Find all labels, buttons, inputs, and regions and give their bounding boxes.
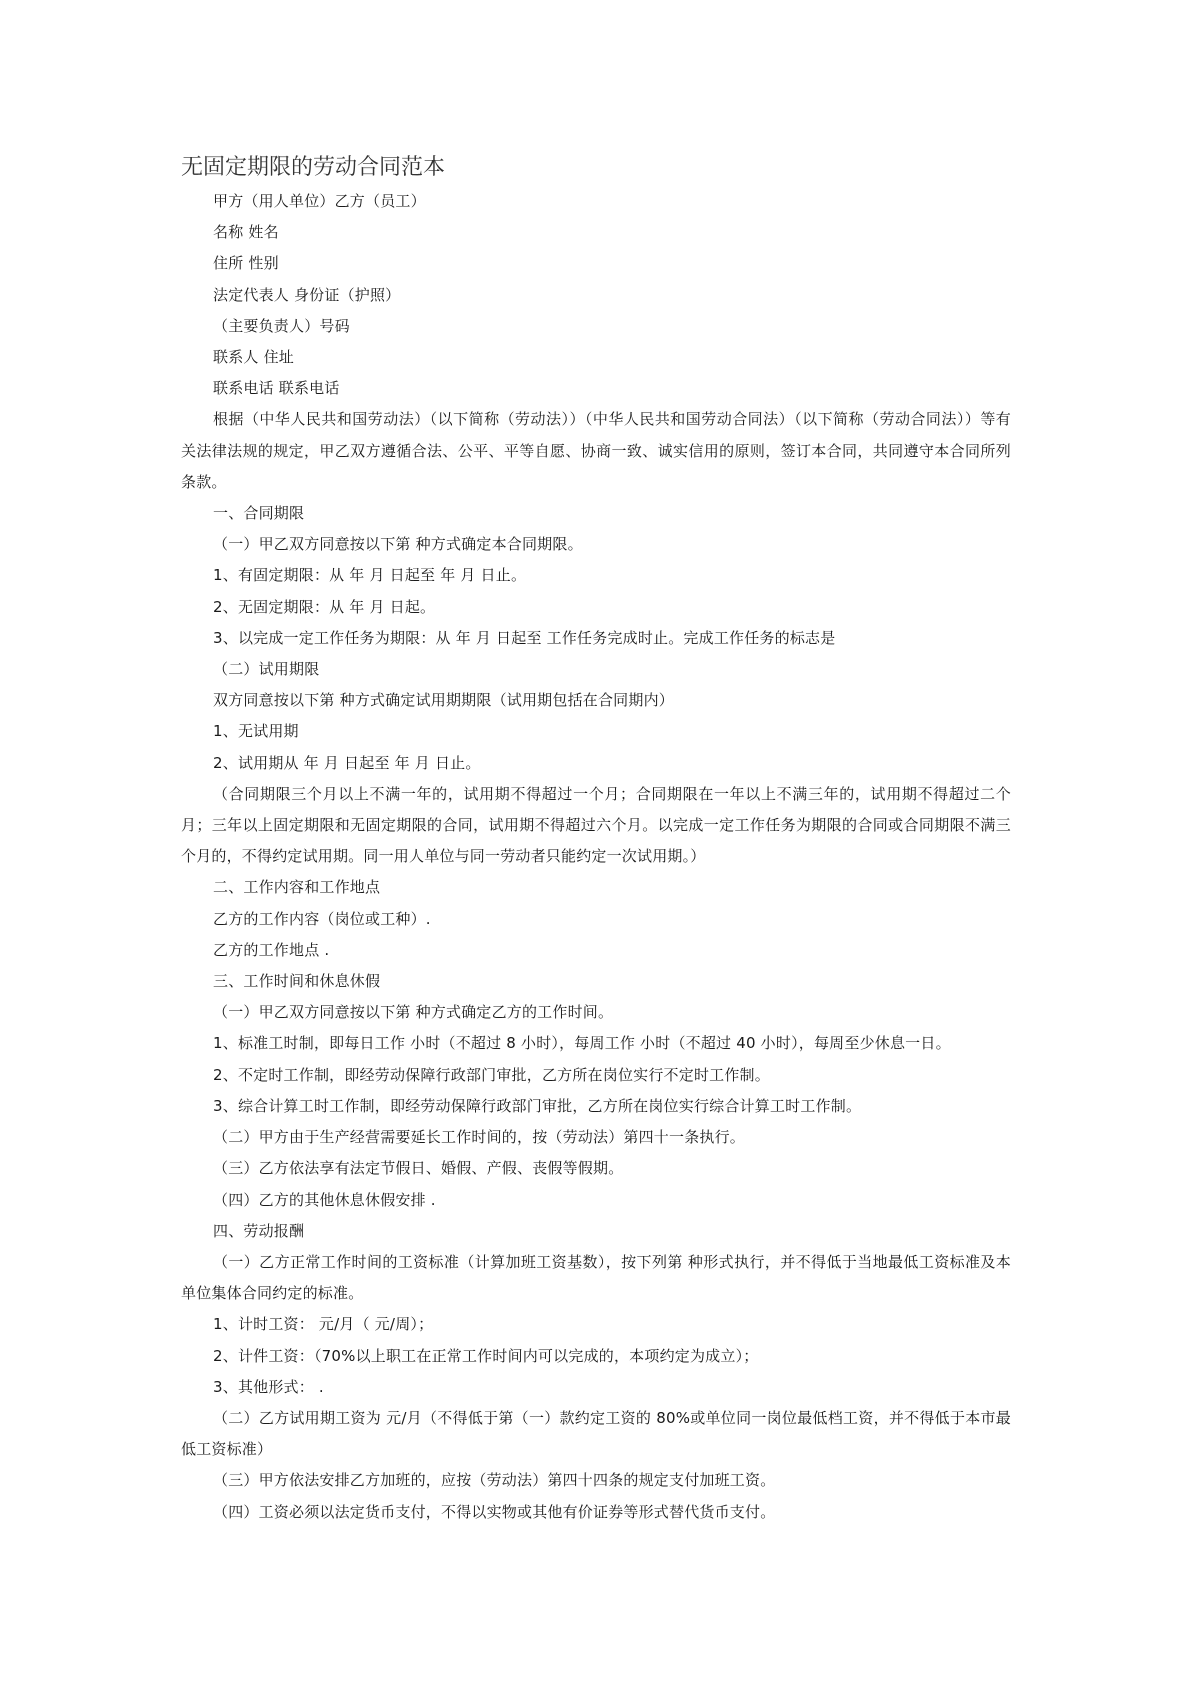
paragraph: （二）试用期限 (181, 654, 1011, 685)
paragraph: 1、有固定期限：从 年 月 日起至 年 月 日止。 (181, 560, 1011, 591)
paragraph: 2、不定时工作制，即经劳动保障行政部门审批，乙方所在岗位实行不定时工作制。 (181, 1060, 1011, 1091)
paragraph: （一）甲乙双方同意按以下第 种方式确定本合同期限。 (181, 529, 1011, 560)
paragraph: （主要负责人）号码 (181, 311, 1011, 342)
document-title: 无固定期限的劳动合同范本 (181, 150, 1011, 186)
paragraph: （四）乙方的其他休息休假安排 . (181, 1185, 1011, 1216)
paragraph: 根据（中华人民共和国劳动法）（以下简称（劳动法））（中华人民共和国劳动合同法）（… (181, 404, 1011, 498)
paragraph: （二）乙方试用期工资为 元/月（不得低于第（一）款约定工资的 80%或单位同一岗… (181, 1403, 1011, 1465)
paragraph: 双方同意按以下第 种方式确定试用期期限（试用期包括在合同期内） (181, 685, 1011, 716)
paragraph: 2、无固定期限：从 年 月 日起。 (181, 592, 1011, 623)
document-page: 无固定期限的劳动合同范本 甲方（用人单位）乙方（员工）名称 姓名住所 性别法定代… (181, 150, 1011, 1528)
paragraph: 3、以完成一定工作任务为期限：从 年 月 日起至 工作任务完成时止。完成工作任务… (181, 623, 1011, 654)
document-body: 甲方（用人单位）乙方（员工）名称 姓名住所 性别法定代表人 身份证（护照）（主要… (181, 186, 1011, 1528)
paragraph: 1、计时工资： 元/月（ 元/周）； (181, 1309, 1011, 1340)
paragraph: 法定代表人 身份证（护照） (181, 280, 1011, 311)
paragraph: 2、计件工资：（70%以上职工在正常工作时间内可以完成的，本项约定为成立）； (181, 1341, 1011, 1372)
paragraph: （四）工资必须以法定货币支付，不得以实物或其他有价证券等形式替代货币支付。 (181, 1497, 1011, 1528)
paragraph: （二）甲方由于生产经营需要延长工作时间的，按（劳动法）第四十一条执行。 (181, 1122, 1011, 1153)
paragraph: （三）甲方依法安排乙方加班的，应按（劳动法）第四十四条的规定支付加班工资。 (181, 1465, 1011, 1496)
paragraph: 乙方的工作地点 . (181, 935, 1011, 966)
paragraph: 一、合同期限 (181, 498, 1011, 529)
paragraph: 三、工作时间和休息休假 (181, 966, 1011, 997)
paragraph: 联系人 住址 (181, 342, 1011, 373)
paragraph: 乙方的工作内容（岗位或工种）. (181, 904, 1011, 935)
paragraph: （一）甲乙双方同意按以下第 种方式确定乙方的工作时间。 (181, 997, 1011, 1028)
paragraph: （一）乙方正常工作时间的工资标准（计算加班工资基数），按下列第 种形式执行，并不… (181, 1247, 1011, 1309)
paragraph: 2、试用期从 年 月 日起至 年 月 日止。 (181, 748, 1011, 779)
paragraph: 名称 姓名 (181, 217, 1011, 248)
paragraph: 3、其他形式： . (181, 1372, 1011, 1403)
paragraph: 3、综合计算工时工作制，即经劳动保障行政部门审批，乙方所在岗位实行综合计算工时工… (181, 1091, 1011, 1122)
paragraph: 联系电话 联系电话 (181, 373, 1011, 404)
paragraph: （三）乙方依法享有法定节假日、婚假、产假、丧假等假期。 (181, 1153, 1011, 1184)
paragraph: （合同期限三个月以上不满一年的，试用期不得超过一个月；合同期限在一年以上不满三年… (181, 779, 1011, 873)
paragraph: 1、无试用期 (181, 716, 1011, 747)
paragraph: 二、工作内容和工作地点 (181, 872, 1011, 903)
paragraph: 甲方（用人单位）乙方（员工） (181, 186, 1011, 217)
paragraph: 住所 性别 (181, 248, 1011, 279)
paragraph: 1、标准工时制，即每日工作 小时（不超过 8 小时），每周工作 小时（不超过 4… (181, 1028, 1011, 1059)
paragraph: 四、劳动报酬 (181, 1216, 1011, 1247)
